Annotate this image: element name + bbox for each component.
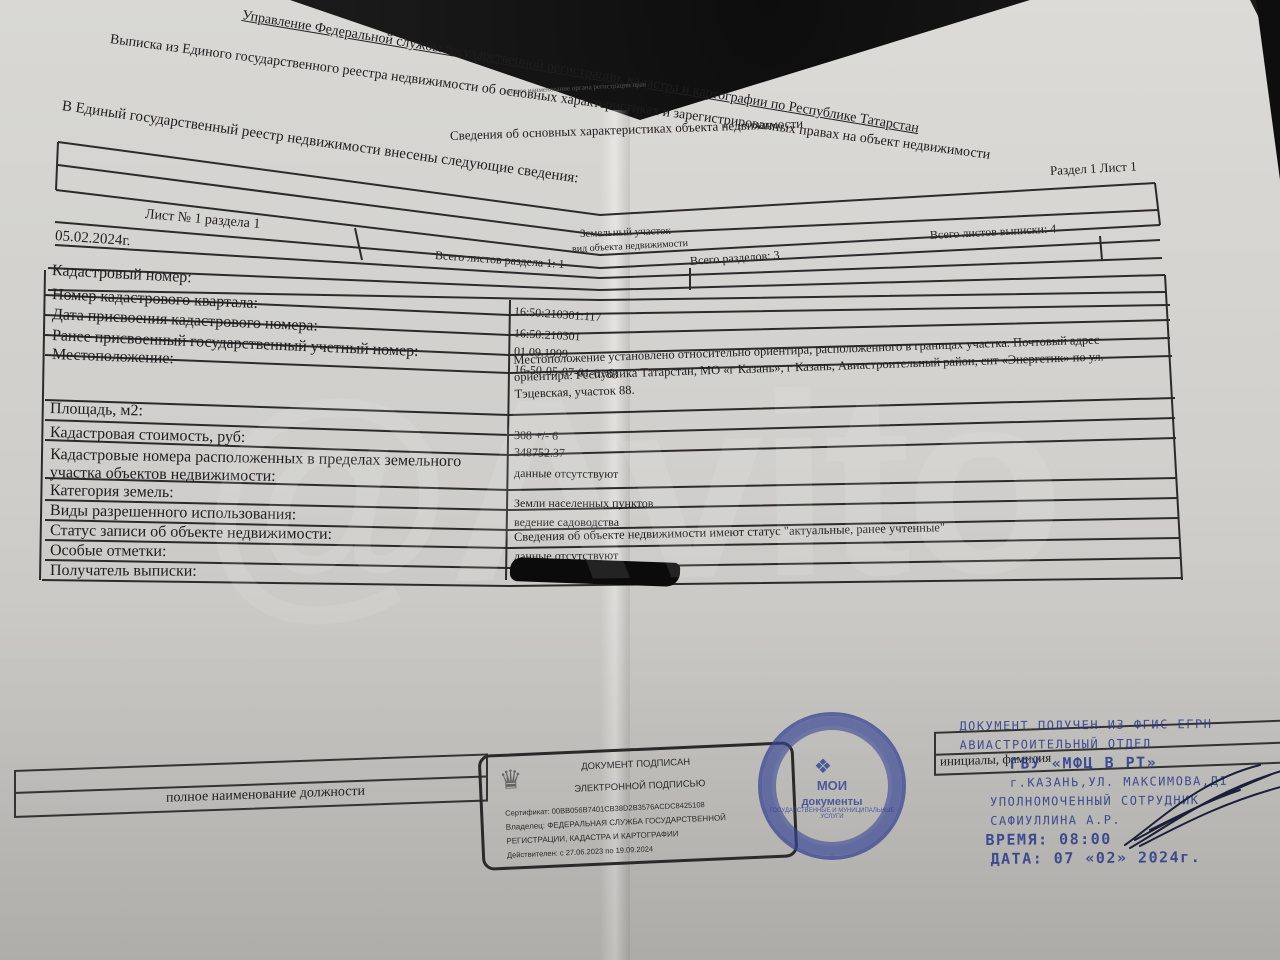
esig-line1: ДОКУМЕНТ ПОДПИСАН xyxy=(581,757,690,773)
stamp-brand: документы xyxy=(802,796,863,808)
mfc-logo-icon: ❖ xyxy=(814,754,832,779)
stamp-logo-text: МОИ документы xyxy=(762,778,902,808)
row-value-cost: 348752.37 xyxy=(514,445,565,461)
row-label-area: Площадь, м2: xyxy=(50,400,143,420)
stamp-subtitle: ГОСУДАРСТВЕННЫЕ И МУНИЦИПАЛЬНЫЕ УСЛУГИ xyxy=(762,808,902,820)
row-label-recipient: Получатель выписки: xyxy=(50,562,197,581)
row-value-area: 308 +/- 6 xyxy=(514,428,558,444)
esig-validity: Действителен: с 27.06.2023 по 19.09.2024 xyxy=(507,844,654,859)
esig-line2: ЭЛЕКТРОННОЙ ПОДПИСЬЮ xyxy=(574,778,706,795)
row-label-objects-text: Кадастровые номера расположенных в преде… xyxy=(50,446,462,485)
eagle-emblem-icon: ♛ xyxy=(493,764,529,805)
round-seal-stamp: ❖ МОИ документы ГОСУДАРСТВЕННЫЕ И МУНИЦИ… xyxy=(758,712,906,860)
row-value-category: Земли населенных пунктов xyxy=(514,496,653,511)
mfc-stamp-line2: АВИАСТРОИТЕЛЬНЫЙ ОТДЕЛ xyxy=(960,734,1228,755)
stamp-moi: МОИ xyxy=(817,778,847,793)
row-label-special-notes: Особые отметки: xyxy=(50,542,167,561)
row-value-objects: данные отсутствуют xyxy=(514,466,618,482)
row-label-category: Категория земель: xyxy=(50,482,174,502)
electronic-signature-stamp: ♛ ДОКУМЕНТ ПОДПИСАН ЭЛЕКТРОННОЙ ПОДПИСЬЮ… xyxy=(478,741,799,871)
handwritten-signature xyxy=(1120,760,1280,850)
mfc-stamp-date: ДАТА: 07 «02» 2024г. xyxy=(961,848,1229,869)
esig-owner-2: РЕГИСТРАЦИИ, КАДАСТРА И КАРТОГРАФИИ xyxy=(506,829,678,846)
mfc-stamp-line1: ДОКУМЕНТ ПОЛУЧЕН ИЗ ФГИС ЕГРН xyxy=(959,715,1227,736)
